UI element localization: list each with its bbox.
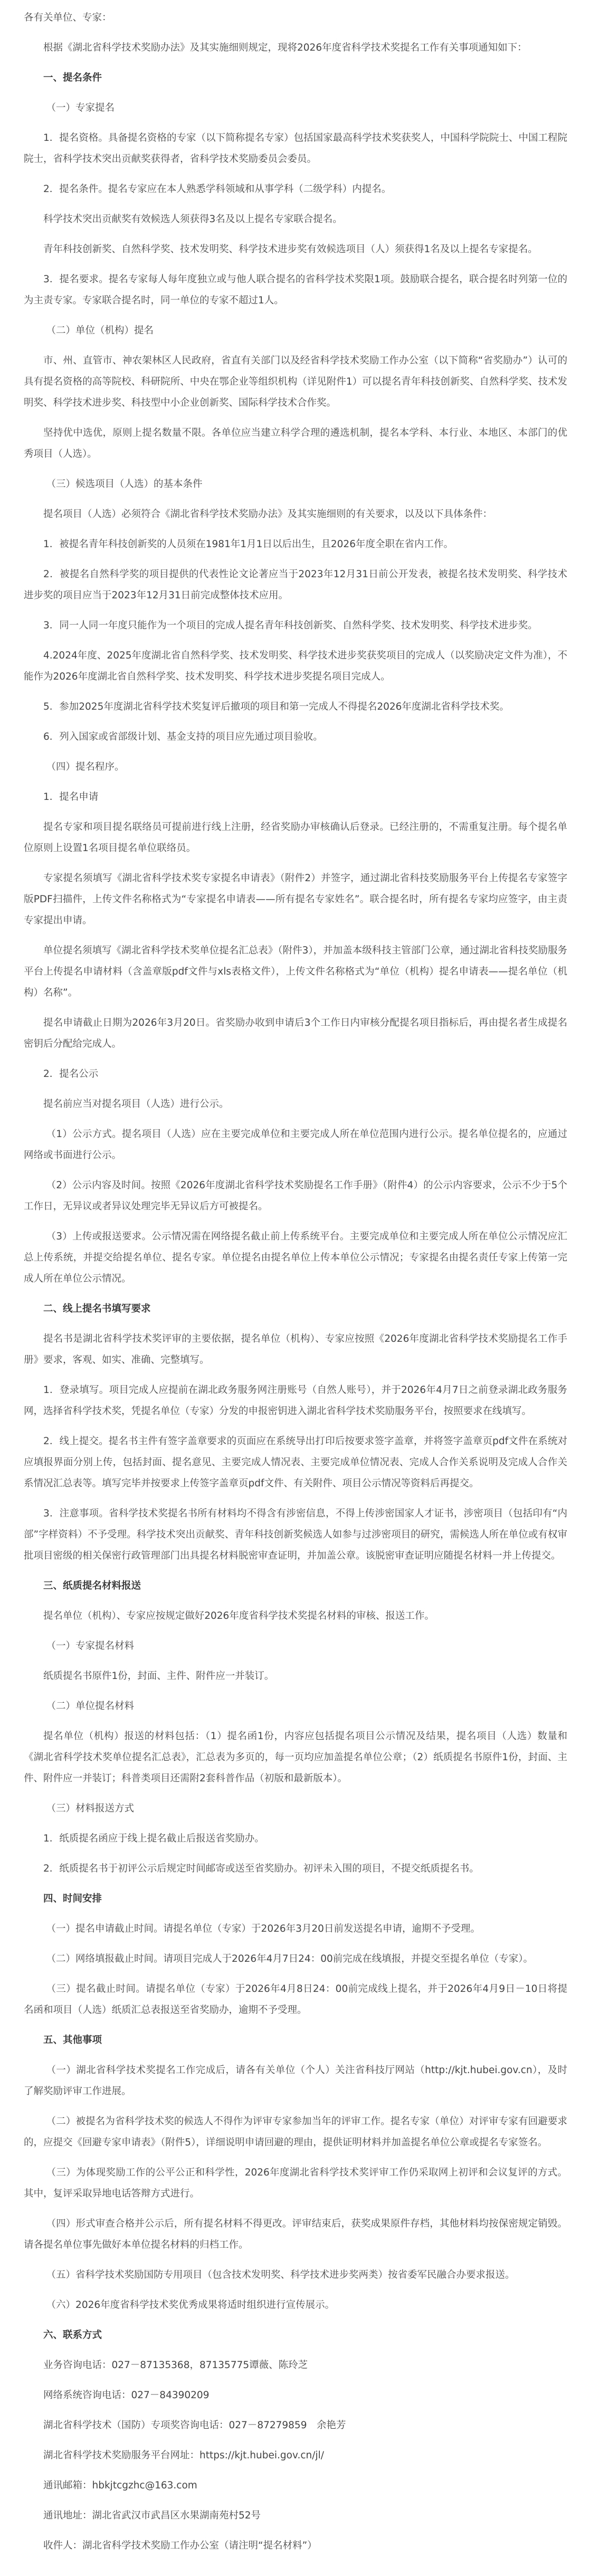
subsection-paragraph: （一）提名申请截止时间。请提名单位（专家）于2026年3月20日前发送提名申请，… — [24, 1919, 567, 1940]
body-paragraph: 湖北省科学技术（国防）专项奖咨询电话：027－87279859 余艳芳 — [24, 2415, 567, 2436]
body-paragraph: 提名单位（机构）报送的材料包括：（1）提名函1份，内容应包括提名项目公示情况及结… — [24, 1726, 567, 1789]
body-paragraph: 1．提名资格。具备提名资格的专家（以下简称提名专家）包括国家最高科学技术奖获奖人… — [24, 128, 567, 170]
section-heading: 六、联系方式 — [24, 2325, 567, 2346]
body-paragraph: 5．参加2025年度湖北省科学技术奖复评后撤项的项目和第一完成人不得提名2026… — [24, 697, 567, 718]
body-paragraph: 2．纸质提名书于初评公示后规定时间邮寄或送至省奖励办。初评未入围的项目，不提交纸… — [24, 1858, 567, 1879]
subsection-paragraph: （一）专家提名材料 — [24, 1636, 567, 1657]
subsection-paragraph: （五）省科学技术奖励国防专用项目（包含技术发明奖、科学技术进步奖两类）按省委军民… — [24, 2265, 567, 2286]
body-paragraph: 坚持优中选优，原则上提名数量不限。各单位应当建立科学合理的遴选机制，提名本学科、… — [24, 423, 567, 465]
body-paragraph[interactable]: 湖北省科学技术奖励服务平台网址：https://kjt.hubei.gov.cn… — [24, 2445, 567, 2466]
body-paragraph: 收件人：湖北省科学技术奖励工作办公室（请注明“提名材料”） — [24, 2535, 567, 2556]
body-paragraph: 1．提名申请 — [24, 787, 567, 808]
body-paragraph: 提名专家和项目提名联络员可提前进行线上注册，经省奖励办审核确认后登录。已经注册的… — [24, 817, 567, 859]
body-paragraph: 纸质提名书原件1份，封面、主件、附件应一并装订。 — [24, 1666, 567, 1687]
body-paragraph: 2．被提名自然科学奖的项目提供的代表性论文论著应当于2023年12月31日前公开… — [24, 564, 567, 606]
subsection-paragraph: （二）网络填报截止时间。请项目完成人于2026年4月7日24：00前完成在线填报… — [24, 1949, 567, 1970]
body-paragraph: 网络系统咨询电话：027－84390209 — [24, 2385, 567, 2406]
subsection-paragraph: （三）材料报送方式 — [24, 1798, 567, 1819]
body-paragraph: 6．列入国家或省部级计划、基金支持的项目应先通过项目验收。 — [24, 727, 567, 748]
notice-document: 各有关单位、专家： 根据《湖北省科学技术奖励办法》及其实施细则规定，现将2026… — [0, 0, 590, 2576]
greeting: 各有关单位、专家： — [24, 7, 567, 28]
subsection-paragraph: （四）提名程序。 — [24, 757, 567, 778]
body-paragraph: 3．同一人同一年度只能作为一个项目的完成人提名青年科技创新奖、自然科学奖、技术发… — [24, 615, 567, 636]
section-heading: 三、纸质提名材料报送 — [24, 1576, 567, 1597]
subsection-paragraph: （二）单位提名材料 — [24, 1696, 567, 1717]
subsection-paragraph: （三）为体现奖励工作的公平公正和科学性，2026年度湖北省科学技术奖评审工作仍采… — [24, 2162, 567, 2205]
body-paragraph: 业务咨询电话：027－87135368，87135775谭薇、陈玲芝 — [24, 2355, 567, 2376]
section: 二、线上提名书填写要求提名书是湖北省科学技术奖评审的主要依据，提名单位（机构）、… — [24, 1299, 567, 1567]
body-paragraph: 青年科技创新奖、自然科学奖、技术发明奖、科学技术进步奖有效候选项目（人）须获得1… — [24, 239, 567, 260]
body-paragraph: 单位提名须填写《湖北省科学技术奖单位提名汇总表》（附件3），并加盖本级科技主管部… — [24, 940, 567, 1004]
subsection-paragraph: （3）上传或报送要求。公示情况需在网络提名截止前上传系统平台。主要完成单位和主要… — [24, 1226, 567, 1290]
subsection-paragraph: （1）公示方式。提名项目（人选）应在主要完成单位和主要完成人所在单位范围内进行公… — [24, 1124, 567, 1166]
body-paragraph: 2．线上提交。提名书主件有签字盖章要求的页面应在系统导出打印后按要求签字盖章，并… — [24, 1431, 567, 1494]
subsection-paragraph: （六）2026年度省科学技术奖优秀成果将适时组织进行宣传展示。 — [24, 2295, 567, 2316]
subsection-paragraph[interactable]: （一）湖北省科学技术奖提名工作完成后，请各有关单位（个人）关注省科技厅网站（ht… — [24, 2060, 567, 2102]
section-heading: 二、线上提名书填写要求 — [24, 1299, 567, 1320]
body-paragraph: 3．注意事项。省科学技术奖提名书所有材料均不得含有涉密信息，不得上传涉密国家人才… — [24, 1503, 567, 1567]
subsection-paragraph: （二）被提名为省科学技术奖的候选人不得作为评审专家参加当年的评审工作。提名专家（… — [24, 2111, 567, 2153]
body-paragraph: 3．提名要求。提名专家每人每年度独立或与他人联合提名的省科学技术奖限1项。鼓励联… — [24, 269, 567, 311]
body-paragraph: 专家提名须填写《湖北省科学技术奖专家提名申请表》（附件2）并签字，通过湖北省科技… — [24, 868, 567, 931]
body-paragraph[interactable]: 通讯邮箱：hbkjtcgzhc@163.com — [24, 2475, 567, 2496]
body-paragraph: 1．纸质提名函应于线上提名截止后报送省奖励办。 — [24, 1828, 567, 1849]
body-paragraph: 提名项目（人选）必须符合《湖北省科学技术奖励办法》及其实施细则的有关要求，以及以… — [24, 504, 567, 525]
body-paragraph: 提名单位（机构）、专家应按规定做好2026年度省科学技术奖提名材料的审核、报送工… — [24, 1606, 567, 1627]
subsection-paragraph: （三）候选项目（人选）的基本条件 — [24, 474, 567, 495]
section: 三、纸质提名材料报送提名单位（机构）、专家应按规定做好2026年度省科学技术奖提… — [24, 1576, 567, 1879]
subsection-paragraph: （三）提名截止时间。请提名单位（专家）于2026年4月8日24：00前完成线上提… — [24, 1979, 567, 2021]
subsection-paragraph: （四）形式审查合格并公示后，所有提名材料不得更改。评审结束后，获奖成果原件存档，… — [24, 2214, 567, 2256]
body-paragraph: 2．提名条件。提名专家应在本人熟悉学科领域和从事学科（二级学科）内提名。 — [24, 179, 567, 200]
section: 一、提名条件（一）专家提名1．提名资格。具备提名资格的专家（以下简称提名专家）包… — [24, 68, 567, 1290]
section-heading: 一、提名条件 — [24, 68, 567, 89]
section: 五、其他事项（一）湖北省科学技术奖提名工作完成后，请各有关单位（个人）关注省科技… — [24, 2030, 567, 2316]
section: 四、时间安排（一）提名申请截止时间。请提名单位（专家）于2026年3月20日前发… — [24, 1888, 567, 2021]
body-paragraph: 通讯地址：湖北省武汉市武昌区水果湖南苑村52号 — [24, 2505, 567, 2526]
subsection-paragraph: （2）公示内容及时间。按照《2026年度湖北省科学技术奖励提名工作手册》（附件4… — [24, 1175, 567, 1217]
body-paragraph: 市、州、直管市、神农架林区人民政府，省直有关部门以及经省科学技术奖励工作办公室（… — [24, 350, 567, 414]
body-paragraph: 4.2024年度、2025年度湖北省自然科学奖、技术发明奖、科学技术进步奖获奖项… — [24, 645, 567, 688]
section-heading: 四、时间安排 — [24, 1888, 567, 1910]
subsection-paragraph: （一）专家提名 — [24, 98, 567, 119]
sections-container: 一、提名条件（一）专家提名1．提名资格。具备提名资格的专家（以下简称提名专家）包… — [24, 68, 567, 2556]
body-paragraph: 提名前应当对提名项目（人选）进行公示。 — [24, 1094, 567, 1115]
body-paragraph: 科学技术突出贡献奖有效候选人须获得3名及以上提名专家联合提名。 — [24, 209, 567, 230]
body-paragraph: 2．提名公示 — [24, 1064, 567, 1085]
intro-paragraph: 根据《湖北省科学技术奖励办法》及其实施细则规定，现将2026年度省科学技术奖提名… — [24, 37, 567, 59]
body-paragraph: 1．被提名青年科技创新奖的人员须在1981年1月1日以后出生，且2026年度全职… — [24, 534, 567, 555]
section: 六、联系方式业务咨询电话：027－87135368，87135775谭薇、陈玲芝… — [24, 2325, 567, 2556]
section-heading: 五、其他事项 — [24, 2030, 567, 2051]
body-paragraph: 提名书是湖北省科学技术奖评审的主要依据，提名单位（机构）、专家应按照《2026年… — [24, 1329, 567, 1371]
subsection-paragraph: （二）单位（机构）提名 — [24, 320, 567, 341]
body-paragraph: 1．登录填写。项目完成人应提前在湖北政务服务网注册账号（自然人账号），并于202… — [24, 1380, 567, 1422]
body-paragraph: 提名申请截止日期为2026年3月20日。省奖励办收到申请后3个工作日内审核分配提… — [24, 1013, 567, 1055]
